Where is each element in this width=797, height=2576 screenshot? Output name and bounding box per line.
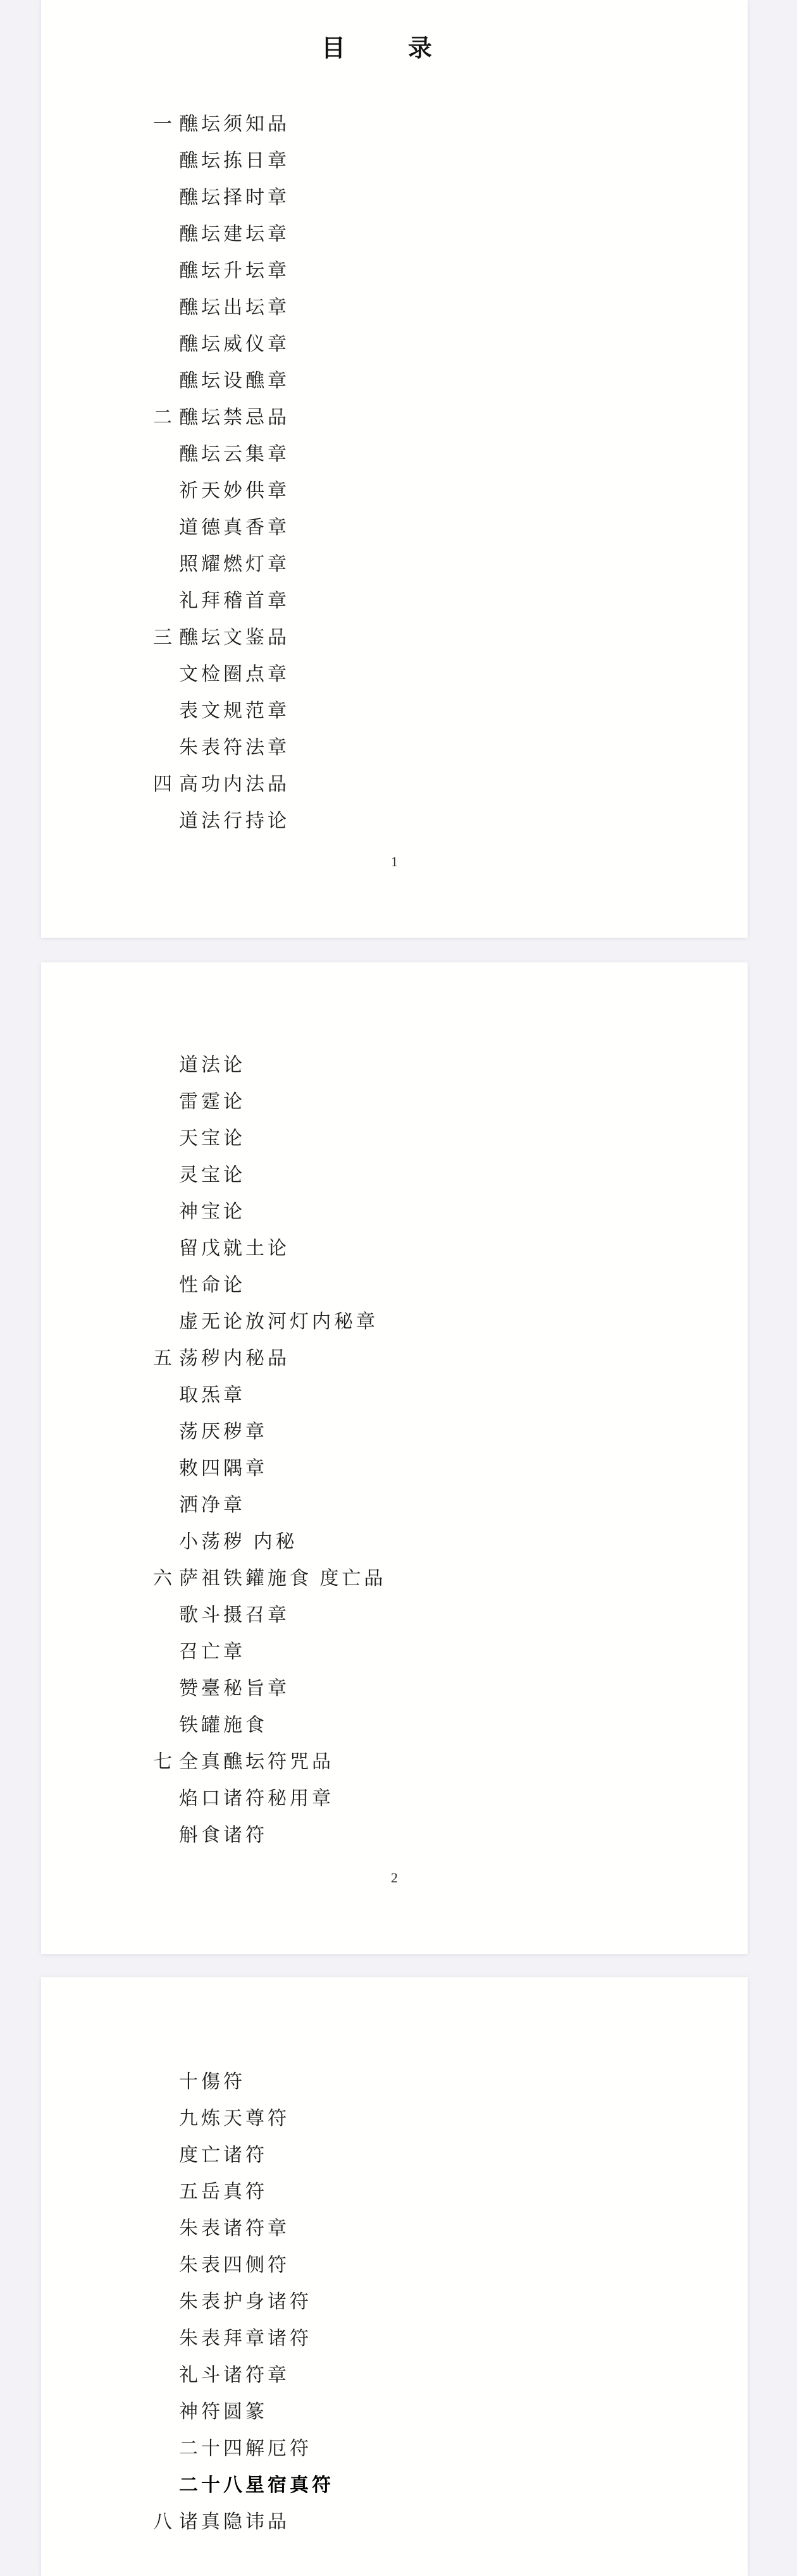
toc-item-text: 荡厌秽章 bbox=[179, 1414, 268, 1451]
page-1: 目 录 一醮坛须知品醮坛拣日章醮坛择时章醮坛建坛章醮坛升坛章醮坛出坛章醮坛威仪章… bbox=[41, 0, 748, 938]
toc-item: 八诸真隐讳品 bbox=[41, 2504, 748, 2541]
toc-item: 表文规范章 bbox=[41, 693, 748, 730]
toc-item: 礼拜稽首章 bbox=[41, 583, 748, 620]
toc-item: 朱表符法章 bbox=[41, 730, 748, 766]
toc-item: 醮坛拣日章 bbox=[41, 143, 748, 180]
toc-item-text: 醮坛升坛章 bbox=[179, 253, 290, 290]
toc-item-text: 赞臺秘旨章 bbox=[179, 1671, 290, 1707]
toc-item: 六萨祖铁鑵施食 度亡品 bbox=[41, 1561, 748, 1597]
toc-item-number: 六 bbox=[153, 1561, 175, 1597]
toc-item-text: 取炁章 bbox=[179, 1377, 245, 1414]
toc-item: 雷霆论 bbox=[41, 1084, 748, 1120]
toc-item-text: 洒净章 bbox=[179, 1487, 245, 1524]
toc-item-text: 醮坛设醮章 bbox=[179, 363, 290, 400]
toc-item-text: 醮坛建坛章 bbox=[179, 216, 290, 253]
toc-item-number: 三 bbox=[153, 620, 175, 656]
toc-item: 神宝论 bbox=[41, 1194, 748, 1230]
toc-list-page-2: 道法论雷霆论天宝论灵宝论神宝论留戊就土论性命论虚无论放河灯内秘章五荡秽内秘品取炁… bbox=[41, 1047, 748, 1854]
toc-item: 道法论 bbox=[41, 1047, 748, 1084]
toc-item: 性命论 bbox=[41, 1267, 748, 1304]
toc-item: 朱表四侧符 bbox=[41, 2247, 748, 2284]
toc-item-text: 朱表诸符章 bbox=[179, 2211, 290, 2247]
toc-item: 七全真醮坛符咒品 bbox=[41, 1744, 748, 1781]
toc-item-text: 焰口诸符秘用章 bbox=[179, 1781, 334, 1817]
toc-item-text: 表文规范章 bbox=[179, 693, 290, 730]
toc-item: 朱表护身诸符 bbox=[41, 2284, 748, 2321]
toc-item-text: 照耀燃灯章 bbox=[179, 546, 290, 583]
toc-item-text: 朱表符法章 bbox=[179, 730, 290, 766]
toc-item: 四高功内法品 bbox=[41, 766, 748, 803]
toc-item: 留戊就土论 bbox=[41, 1230, 748, 1267]
toc-item-text: 醮坛出坛章 bbox=[179, 290, 290, 326]
toc-item: 赞臺秘旨章 bbox=[41, 1671, 748, 1707]
toc-item-text: 神宝论 bbox=[179, 1194, 245, 1230]
toc-item-text: 祈天妙供章 bbox=[179, 473, 290, 510]
toc-item: 天宝论 bbox=[41, 1120, 748, 1157]
toc-item-text: 道法行持论 bbox=[179, 803, 290, 840]
toc-item: 铁罐施食 bbox=[41, 1707, 748, 1744]
toc-title-char: 目 bbox=[321, 32, 345, 66]
toc-item: 照耀燃灯章 bbox=[41, 546, 748, 583]
toc-item: 五岳真符 bbox=[41, 2174, 748, 2211]
toc-item-text: 诸真隐讳品 bbox=[179, 2504, 290, 2541]
toc-item-text: 十傷符 bbox=[179, 2064, 245, 2101]
toc-item-text: 礼拜稽首章 bbox=[179, 583, 290, 620]
toc-item-number: 一 bbox=[153, 106, 175, 143]
toc-item-text: 礼斗诸符章 bbox=[179, 2357, 290, 2394]
toc-item-text: 萨祖铁鑵施食 度亡品 bbox=[179, 1561, 386, 1597]
toc-item: 朱表拜章诸符 bbox=[41, 2321, 748, 2357]
toc-item: 取炁章 bbox=[41, 1377, 748, 1414]
toc-item: 祈天妙供章 bbox=[41, 473, 748, 510]
toc-item-text: 雷霆论 bbox=[179, 1084, 245, 1120]
toc-item: 二十四解厄符 bbox=[41, 2431, 748, 2467]
toc-item: 虚无论放河灯内秘章 bbox=[41, 1304, 748, 1340]
toc-item: 度亡诸符 bbox=[41, 2137, 748, 2174]
toc-item-number: 七 bbox=[153, 1744, 175, 1781]
toc-item: 敕四隅章 bbox=[41, 1451, 748, 1487]
toc-item-text: 高功内法品 bbox=[179, 766, 290, 803]
toc-item: 斛食诸符 bbox=[41, 1817, 748, 1854]
page-number: 1 bbox=[41, 843, 748, 880]
toc-item: 五荡秽内秘品 bbox=[41, 1340, 748, 1377]
toc-item: 醮坛出坛章 bbox=[41, 290, 748, 326]
toc-item-text: 留戊就土论 bbox=[179, 1230, 290, 1267]
toc-item-text: 醮坛禁忌品 bbox=[179, 400, 290, 436]
toc-item-text: 醮坛须知品 bbox=[179, 106, 290, 143]
toc-item: 礼斗诸符章 bbox=[41, 2357, 748, 2394]
toc-item-text: 铁罐施食 bbox=[179, 1707, 268, 1744]
toc-item: 道德真香章 bbox=[41, 510, 748, 546]
page-number: 2 bbox=[41, 1860, 748, 1896]
toc-item: 歌斗摄召章 bbox=[41, 1597, 748, 1634]
toc-list-page-1: 一醮坛须知品醮坛拣日章醮坛择时章醮坛建坛章醮坛升坛章醮坛出坛章醮坛威仪章醮坛设醮… bbox=[41, 106, 748, 840]
toc-item: 焰口诸符秘用章 bbox=[41, 1781, 748, 1817]
toc-item: 二醮坛禁忌品 bbox=[41, 400, 748, 436]
toc-item-text: 醮坛威仪章 bbox=[179, 326, 290, 363]
toc-item-text: 性命论 bbox=[179, 1267, 245, 1304]
toc-item: 文检圈点章 bbox=[41, 656, 748, 693]
toc-item: 醮坛建坛章 bbox=[41, 216, 748, 253]
toc-item-text: 朱表护身诸符 bbox=[179, 2284, 312, 2321]
toc-item-text: 九炼天尊符 bbox=[179, 2101, 290, 2137]
toc-title: 目 录 bbox=[23, 32, 730, 66]
toc-item: 醮坛择时章 bbox=[41, 180, 748, 216]
toc-item-text: 朱表拜章诸符 bbox=[179, 2321, 312, 2357]
toc-item-text: 醮坛择时章 bbox=[179, 180, 290, 216]
toc-title-char: 录 bbox=[408, 32, 432, 66]
toc-item-number: 五 bbox=[153, 1340, 175, 1377]
toc-item: 道法行持论 bbox=[41, 803, 748, 840]
toc-item: 三醮坛文鉴品 bbox=[41, 620, 748, 656]
toc-item-text: 二十八星宿真符 bbox=[179, 2467, 334, 2504]
toc-item: 二十八星宿真符 bbox=[41, 2467, 748, 2504]
toc-item: 朱表诸符章 bbox=[41, 2211, 748, 2247]
toc-item-text: 斛食诸符 bbox=[179, 1817, 268, 1854]
toc-item-number: 二 bbox=[153, 400, 175, 436]
toc-item-text: 醮坛拣日章 bbox=[179, 143, 290, 180]
toc-item: 一醮坛须知品 bbox=[41, 106, 748, 143]
toc-list-page-3: 十傷符九炼天尊符度亡诸符五岳真符朱表诸符章朱表四侧符朱表护身诸符朱表拜章诸符礼斗… bbox=[41, 2064, 748, 2541]
toc-item: 灵宝论 bbox=[41, 1157, 748, 1194]
toc-item: 醮坛威仪章 bbox=[41, 326, 748, 363]
toc-item-text: 神符圆篆 bbox=[179, 2394, 268, 2431]
toc-item-text: 全真醮坛符咒品 bbox=[179, 1744, 334, 1781]
toc-item: 醮坛升坛章 bbox=[41, 253, 748, 290]
toc-item-text: 文检圈点章 bbox=[179, 656, 290, 693]
toc-item: 召亡章 bbox=[41, 1634, 748, 1671]
toc-item-number: 八 bbox=[153, 2504, 175, 2541]
toc-item-text: 二十四解厄符 bbox=[179, 2431, 312, 2467]
page-3: 十傷符九炼天尊符度亡诸符五岳真符朱表诸符章朱表四侧符朱表护身诸符朱表拜章诸符礼斗… bbox=[41, 1977, 748, 2576]
toc-item-text: 小荡秽 内秘 bbox=[179, 1524, 298, 1561]
toc-item-text: 天宝论 bbox=[179, 1120, 245, 1157]
toc-item: 荡厌秽章 bbox=[41, 1414, 748, 1451]
toc-item-text: 召亡章 bbox=[179, 1634, 245, 1671]
toc-item-text: 虚无论放河灯内秘章 bbox=[179, 1304, 378, 1340]
toc-item-text: 度亡诸符 bbox=[179, 2137, 268, 2174]
toc-item: 神符圆篆 bbox=[41, 2394, 748, 2431]
toc-item-text: 五岳真符 bbox=[179, 2174, 268, 2211]
document-canvas: 目 录 一醮坛须知品醮坛拣日章醮坛择时章醮坛建坛章醮坛升坛章醮坛出坛章醮坛威仪章… bbox=[0, 0, 797, 2576]
toc-item-text: 灵宝论 bbox=[179, 1157, 245, 1194]
toc-item-text: 道法论 bbox=[179, 1047, 245, 1084]
toc-item: 小荡秽 内秘 bbox=[41, 1524, 748, 1561]
toc-item-text: 醮坛文鉴品 bbox=[179, 620, 290, 656]
toc-item: 洒净章 bbox=[41, 1487, 748, 1524]
toc-item-text: 朱表四侧符 bbox=[179, 2247, 290, 2284]
toc-item-text: 歌斗摄召章 bbox=[179, 1597, 290, 1634]
page-2: 道法论雷霆论天宝论灵宝论神宝论留戊就土论性命论虚无论放河灯内秘章五荡秽内秘品取炁… bbox=[41, 962, 748, 1954]
toc-item: 醮坛云集章 bbox=[41, 436, 748, 473]
toc-item: 十傷符 bbox=[41, 2064, 748, 2101]
toc-item-text: 荡秽内秘品 bbox=[179, 1340, 290, 1377]
toc-item-text: 醮坛云集章 bbox=[179, 436, 290, 473]
toc-item: 九炼天尊符 bbox=[41, 2101, 748, 2137]
toc-item: 醮坛设醮章 bbox=[41, 363, 748, 400]
toc-item-number: 四 bbox=[153, 766, 175, 803]
toc-item-text: 道德真香章 bbox=[179, 510, 290, 546]
toc-item-text: 敕四隅章 bbox=[179, 1451, 268, 1487]
